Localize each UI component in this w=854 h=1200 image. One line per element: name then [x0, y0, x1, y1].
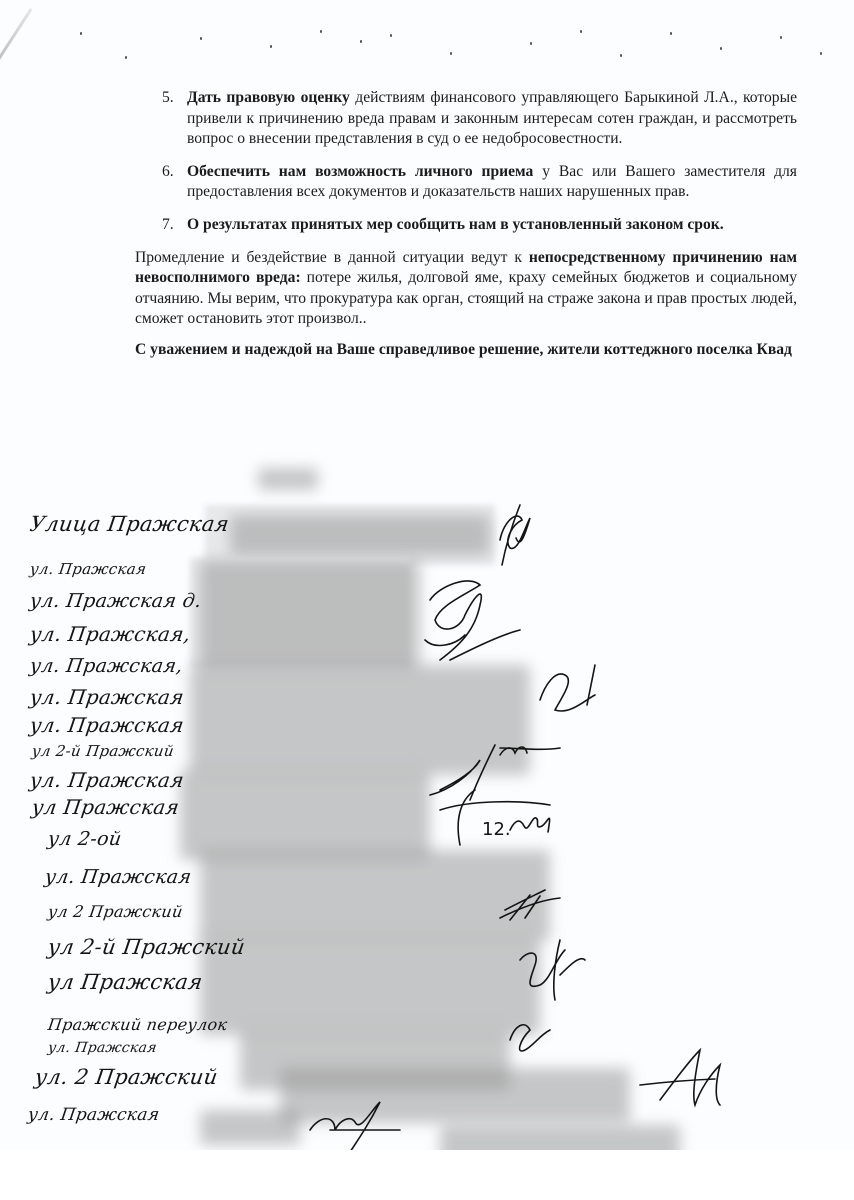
- svg-text:12.: 12.: [482, 819, 511, 840]
- signature-scribbles: 12.: [0, 0, 854, 1200]
- scanned-page: 5. Дать правовую оценку действиям финанс…: [0, 0, 854, 1200]
- page-bottom-margin: [0, 1150, 854, 1200]
